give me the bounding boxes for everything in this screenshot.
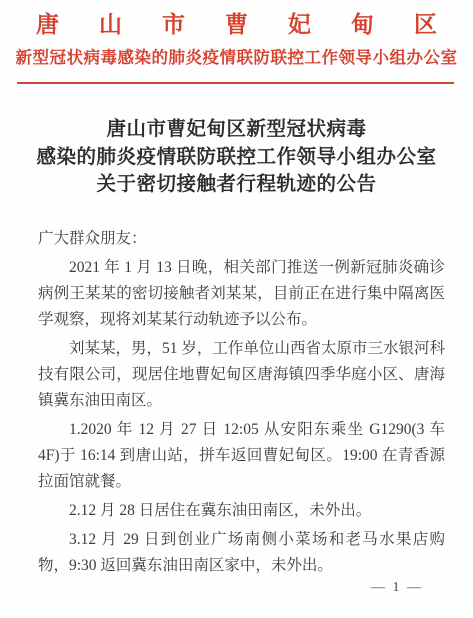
paragraph-trajectory-2: 2.12 月 28 日居住在冀东油田南区，未外出。 [38, 498, 445, 524]
paragraph-person-info: 刘某某，男，51 岁，工作单位山西省太原市三水银河科技有限公司，现居住地曹妃甸区… [38, 336, 445, 414]
paragraph-trajectory-3: 3.12 月 29 日到创业广场南侧小菜场和老马水果店购物，9:30 返回冀东油… [38, 527, 445, 579]
letterhead: 唐山市曹妃甸区 新型冠状病毒感染的肺炎疫情联防联控工作领导小组办公室 [0, 0, 473, 84]
salutation: 广大群众朋友： [38, 226, 445, 252]
letterhead-divider [17, 82, 454, 84]
letterhead-district-name: 唐山市曹妃甸区 [36, 11, 437, 39]
paragraph-intro: 2021 年 1 月 13 日晚，相关部门推送一例新冠肺炎确诊病例王某某的密切接… [38, 255, 445, 333]
page-number: — 1 — [371, 580, 423, 596]
paragraph-trajectory-1: 1.2020 年 12 月 27 日 12:05 从安阳东乘坐 G1290(3 … [38, 417, 445, 495]
letterhead-office-name: 新型冠状病毒感染的肺炎疫情联防联控工作领导小组办公室 [12, 47, 461, 69]
notice-title-line2: 感染的肺炎疫情联防联控工作领导小组办公室 [36, 147, 436, 168]
document-page: 唐山市曹妃甸区 新型冠状病毒感染的肺炎疫情联防联控工作领导小组办公室 唐山市曹妃… [0, 0, 473, 618]
notice-title: 唐山市曹妃甸区新型冠状病毒 感染的肺炎疫情联防联控工作领导小组办公室 关于密切接… [20, 116, 453, 199]
notice-body: 广大群众朋友： 2021 年 1 月 13 日晚，相关部门推送一例新冠肺炎确诊病… [38, 226, 445, 579]
notice-title-line3: 关于密切接触者行程轨迹的公告 [96, 174, 376, 195]
notice-title-line1: 唐山市曹妃甸区新型冠状病毒 [106, 119, 366, 140]
